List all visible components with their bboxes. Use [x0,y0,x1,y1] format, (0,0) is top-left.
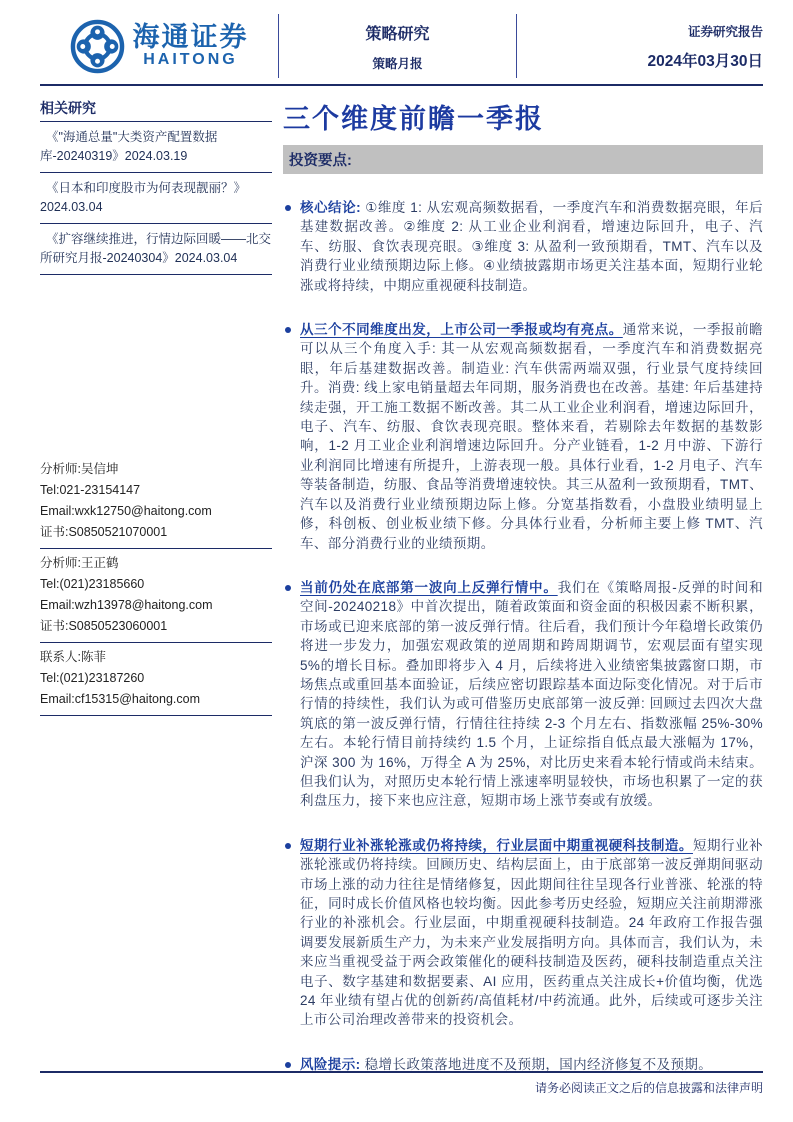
footer-disclaimer: 请务必阅读正文之后的信息披露和法律声明 [40,1079,763,1096]
report-subcategory: 策略月报 [279,54,516,72]
related-research-title: 相关研究 [40,98,272,122]
bullet-dot-icon [283,198,300,295]
bullet-dot-icon [283,836,300,1030]
page-title: 三个维度前瞻一季报 [283,97,763,136]
report-date: 2024年03月30日 [648,49,763,71]
bullet-lead: 风险提示: [300,1057,365,1072]
header-meta: 证券研究报告 2024年03月30日 [517,14,763,78]
bullet-body: 稳增长政策落地进度不及预期，国内经济修复不及预期。 [365,1057,713,1072]
sidebar-spacer [40,275,272,455]
report-type: 证券研究报告 [688,22,763,40]
bullet-dot-icon [283,578,300,811]
analyst-cert: 证书:S0850523060001 [40,616,272,637]
bullet-dot-icon [283,320,300,553]
bullet-item: 核心结论: ①维度 1: 从宏观高频数据看，一季度汽车和消费数据亮眼，年后基建数… [283,198,763,295]
bullet-body: 通常来说，一季报前瞻可以从三个角度入手: 其一从宏观高频数据看，一季度汽车和消费… [300,322,763,550]
report-page: 海通证券 HAITONG 策略研究 策略月报 证券研究报告 2024年03月30… [0,0,793,1122]
related-research-item: 《日本和印度股市为何表现靓丽？》2024.03.04 [40,173,272,224]
bullet-body: 我们在《策略周报-反弹的时间和空间-20240218》中首次提出，随着政策面和资… [300,580,763,808]
content-area: 相关研究 《"海通总量"大类资产配置数据库-20240319》2024.03.1… [40,86,763,1099]
bullet-lead: 当前仍处在底部第一波向上反弹行情中。 [300,580,558,595]
report-category: 策略研究 [279,21,516,44]
footer-divider [40,1071,763,1073]
header-category: 策略研究 策略月报 [279,14,517,78]
logo-cn-text: 海通证券 [133,23,249,51]
brand-block: 海通证券 HAITONG [40,14,279,78]
contact-email: Email:cf15315@haitong.com [40,689,272,710]
logo-en-text: HAITONG [143,52,237,69]
analyst-block: 分析师:吴信坤 Tel:021-23154147 Email:wxk12750@… [40,455,272,549]
haitong-logo-icon [70,19,125,74]
bullet-item: 短期行业补涨轮涨或仍将持续，行业层面中期重视硬科技制造。短期行业补涨轮涨或仍将持… [283,836,763,1030]
contact-name: 联系人:陈菲 [40,647,272,668]
page-footer: 请务必阅读正文之后的信息披露和法律声明 [40,1071,763,1096]
bullet-body: ①维度 1: 从宏观高频数据看，一季度汽车和消费数据亮眼，年后基建数据改善。②维… [300,200,763,293]
investment-highlights-bar: 投资要点: [283,145,763,174]
analyst-email: Email:wzh13978@haitong.com [40,595,272,616]
bullet-item: 当前仍处在底部第一波向上反弹行情中。我们在《策略周报-反弹的时间和空间-2024… [283,578,763,811]
report-header: 海通证券 HAITONG 策略研究 策略月报 证券研究报告 2024年03月30… [40,14,763,86]
bullet-body: 短期行业补涨轮涨或仍将持续。回顾历史、结构层面上，由于底部第一波反弹期间驱动市场… [300,838,763,1028]
contact-tel: Tel:(021)23187260 [40,668,272,689]
bullet-text-block: 当前仍处在底部第一波向上反弹行情中。我们在《策略周报-反弹的时间和空间-2024… [300,578,763,811]
analyst-block: 分析师:王正鹤 Tel:(021)23185660 Email:wzh13978… [40,549,272,643]
bullet-lead: 从三个不同维度出发，上市公司一季报或均有亮点。 [300,322,623,337]
analyst-tel: Tel:021-23154147 [40,480,272,501]
bullet-text-block: 短期行业补涨轮涨或仍将持续，行业层面中期重视硬科技制造。短期行业补涨轮涨或仍将持… [300,836,763,1030]
bullet-text-block: 核心结论: ①维度 1: 从宏观高频数据看，一季度汽车和消费数据亮眼，年后基建数… [300,198,763,295]
main-column: 三个维度前瞻一季报 投资要点: 核心结论: ①维度 1: 从宏观高频数据看，一季… [272,86,763,1099]
bullet-item: 从三个不同维度出发，上市公司一季报或均有亮点。通常来说，一季报前瞻可以从三个角度… [283,320,763,553]
analyst-email: Email:wxk12750@haitong.com [40,501,272,522]
bullet-lead: 核心结论: [300,200,365,215]
analyst-name: 分析师:王正鹤 [40,553,272,574]
analyst-name: 分析师:吴信坤 [40,459,272,480]
analyst-tel: Tel:(021)23185660 [40,574,272,595]
related-research-item: 《扩容继续推进，行情边际回暖——北交所研究月报-20240304》2024.03… [40,224,272,275]
related-research-item: 《"海通总量"大类资产配置数据库-20240319》2024.03.19 [40,122,272,173]
sidebar: 相关研究 《"海通总量"大类资产配置数据库-20240319》2024.03.1… [40,86,272,1099]
bullet-text-block: 从三个不同维度出发，上市公司一季报或均有亮点。通常来说，一季报前瞻可以从三个角度… [300,320,763,553]
contact-block: 联系人:陈菲 Tel:(021)23187260 Email:cf15315@h… [40,643,272,716]
bullet-lead: 短期行业补涨轮涨或仍将持续，行业层面中期重视硬科技制造。 [300,838,693,853]
bullet-list: 核心结论: ①维度 1: 从宏观高频数据看，一季度汽车和消费数据亮眼，年后基建数… [283,198,763,1074]
analyst-cert: 证书:S0850521070001 [40,522,272,543]
